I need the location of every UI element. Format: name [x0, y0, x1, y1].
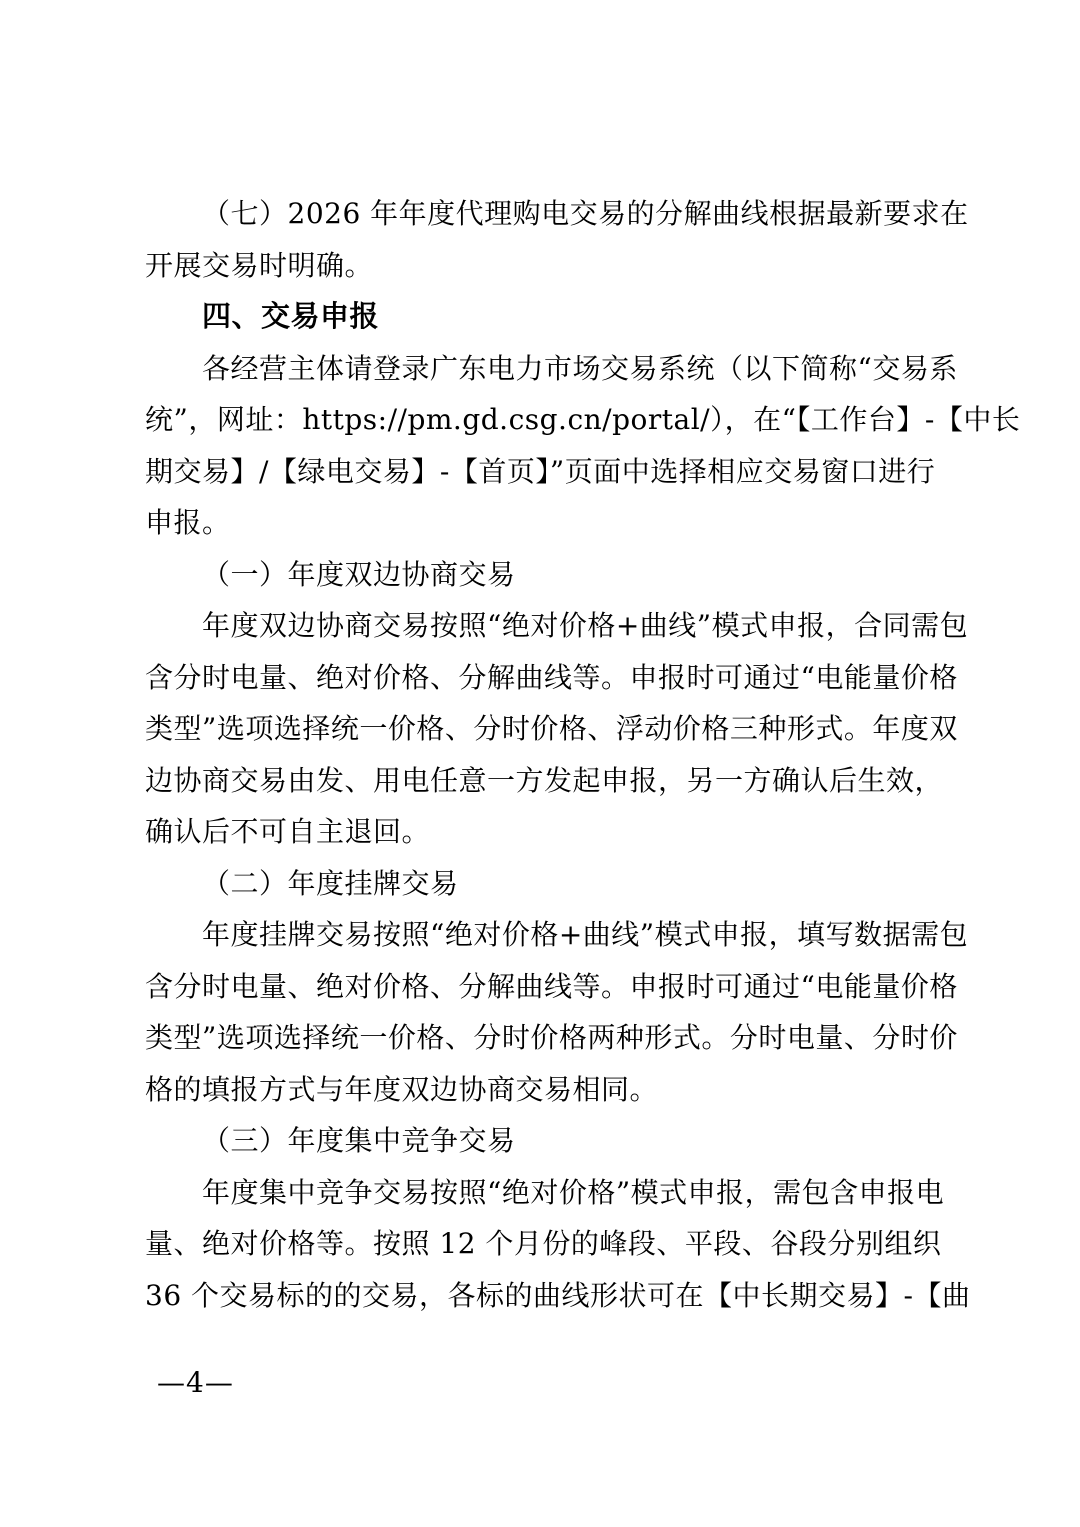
- body-line: 统”，网址：https://pm.gd.csg.cn/portal/），在“【工…: [145, 394, 967, 446]
- body-line: 36 个交易标的的交易，各标的曲线形状可在【中长期交易】-【曲: [145, 1270, 967, 1322]
- body-line: 类型”选项选择统一价格、分时价格、浮动价格三种形式。年度双: [145, 703, 967, 755]
- body-line: 含分时电量、绝对价格、分解曲线等。申报时可通过“电能量价格: [145, 652, 967, 704]
- section-heading: 四、交易申报: [145, 291, 967, 343]
- subsection-heading: （二）年度挂牌交易: [145, 858, 967, 910]
- body-line: 含分时电量、绝对价格、分解曲线等。申报时可通过“电能量价格: [145, 961, 967, 1013]
- body-line: 类型”选项选择统一价格、分时价格两种形式。分时电量、分时价: [145, 1012, 967, 1064]
- body-line: 边协商交易由发、用电任意一方发起申报，另一方确认后生效，: [145, 755, 967, 807]
- body-line: （七）2026 年年度代理购电交易的分解曲线根据最新要求在: [145, 188, 967, 240]
- body-line: 量、绝对价格等。按照 12 个月份的峰段、平段、谷段分别组织: [145, 1218, 967, 1270]
- body-line: 年度集中竞争交易按照“绝对价格”模式申报，需包含申报电: [145, 1167, 967, 1219]
- subsection-heading: （一）年度双边协商交易: [145, 549, 967, 601]
- body-line: 期交易】/【绿电交易】-【首页】”页面中选择相应交易窗口进行: [145, 446, 967, 498]
- body-line: 年度双边协商交易按照“绝对价格+曲线”模式申报，合同需包: [145, 600, 967, 652]
- document-page: （七）2026 年年度代理购电交易的分解曲线根据最新要求在 开展交易时明确。 四…: [0, 0, 1080, 1527]
- body-line: 各经营主体请登录广东电力市场交易系统（以下简称“交易系: [145, 343, 967, 395]
- body-line: 年度挂牌交易按照“绝对价格+曲线”模式申报，填写数据需包: [145, 909, 967, 961]
- body-line: 申报。: [145, 497, 967, 549]
- body-line: 开展交易时明确。: [145, 240, 967, 292]
- body-line: 格的填报方式与年度双边协商交易相同。: [145, 1064, 967, 1116]
- document-body: （七）2026 年年度代理购电交易的分解曲线根据最新要求在 开展交易时明确。 四…: [145, 188, 967, 1321]
- page-number: —4—: [157, 1366, 234, 1400]
- subsection-heading: （三）年度集中竞争交易: [145, 1115, 967, 1167]
- body-line: 确认后不可自主退回。: [145, 806, 967, 858]
